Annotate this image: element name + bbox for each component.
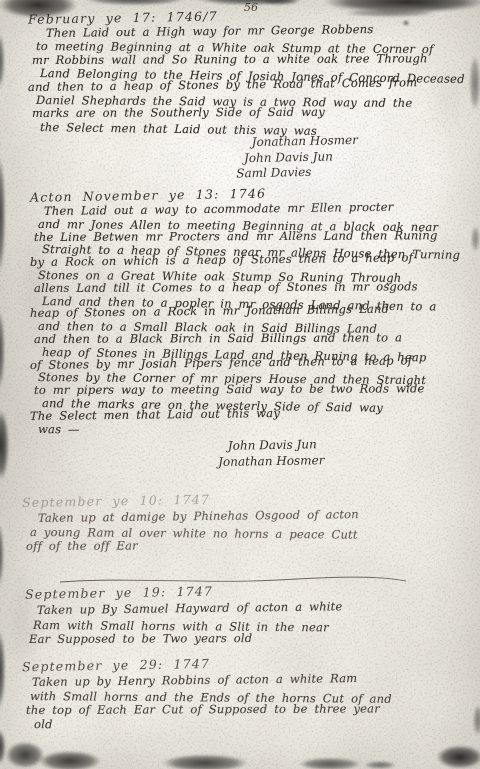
signature: John Davis Jun [228, 437, 324, 454]
entry-line: allens Land till it Comes to a heap of S… [34, 280, 460, 295]
entry-line: Taken up By Samuel Hayward of acton a wh… [37, 599, 343, 617]
entry-line: by a Rock on which is a heap of Stones t… [30, 251, 460, 269]
signature: Jonathan Hosmer [218, 453, 324, 470]
entry-date: September ye 19: 1747 [25, 581, 343, 602]
scan-artifact [0, 400, 11, 490]
signature: Saml Davies [236, 164, 359, 182]
scan-artifact [30, 748, 110, 769]
entry-line: Ear Supposed to be Two years old [29, 631, 343, 647]
signature: Jonathan Hosmer [252, 133, 359, 151]
record-entry-way-procter-allen: Acton November ye 13: 1746 Then Laid out… [30, 186, 460, 435]
entry-line: Then Laid out a way to acommodate mr Ell… [44, 200, 460, 218]
manuscript-page: 56 February ye 17: 1746/7 Then Laid out … [0, 0, 480, 769]
scan-artifact [472, 700, 480, 740]
record-entry-stray-ram-robbins: September ye 29: 1747 Taken up by Henry … [22, 656, 392, 731]
entry-line: old [34, 717, 392, 736]
entry-line: off of the off Ear [26, 538, 359, 553]
entry-line: the Line Betwen mr Procters and mr Allen… [34, 229, 460, 244]
scan-artifact [330, 8, 450, 18]
scan-artifact [0, 300, 6, 400]
scan-smudge [420, 40, 480, 160]
entry-line: The Select men that Laid out this way [30, 404, 460, 422]
entry-line: heap of Stones on a Rock in mr Jonathan … [30, 302, 460, 320]
record-entry-highway-robbens: February ye 17: 1746/7 Then Laid out a H… [28, 8, 465, 134]
scan-artifact [0, 26, 6, 96]
entry-line: and then to a Black Birch in Said Billin… [34, 331, 460, 346]
signature-block: John Davis Jun Jonathan Hosmer [228, 437, 325, 470]
entry-line: Taken up at damige by Phinehas Osgood of… [38, 507, 359, 525]
scan-artifact [290, 756, 370, 769]
scan-smudge [10, 170, 60, 390]
scan-artifact [470, 222, 480, 256]
scan-artifact [360, 760, 400, 769]
scan-artifact [0, 140, 7, 290]
record-entry-stray-ram-hayward: September ye 19: 1747 Taken up By Samuel… [25, 584, 342, 647]
scan-artifact [402, 20, 410, 26]
signature-block: Jonathan Hosmer John Davis Jun Saml Davi… [252, 133, 359, 182]
scan-smudge [0, 540, 46, 700]
entry-line: the top of Each Ear Cut of Supposed to b… [26, 701, 392, 717]
scan-artifact [150, 752, 260, 769]
entry-line: was — [38, 423, 460, 439]
entry-line: marks are on the Southerly Side of Said … [32, 106, 465, 121]
record-entry-stray-ram-osgood: September ye 10: 1747 Taken up at damige… [22, 492, 359, 553]
entry-line: Taken up by Henry Robbins of acton a whi… [32, 671, 392, 689]
scan-artifact [70, 0, 200, 7]
entry-line: mr Robbins wall and So Runing to a white… [32, 52, 465, 67]
scan-artifact [430, 742, 480, 769]
entry-line: to mr pipers way to meeting Said way to … [34, 382, 460, 397]
